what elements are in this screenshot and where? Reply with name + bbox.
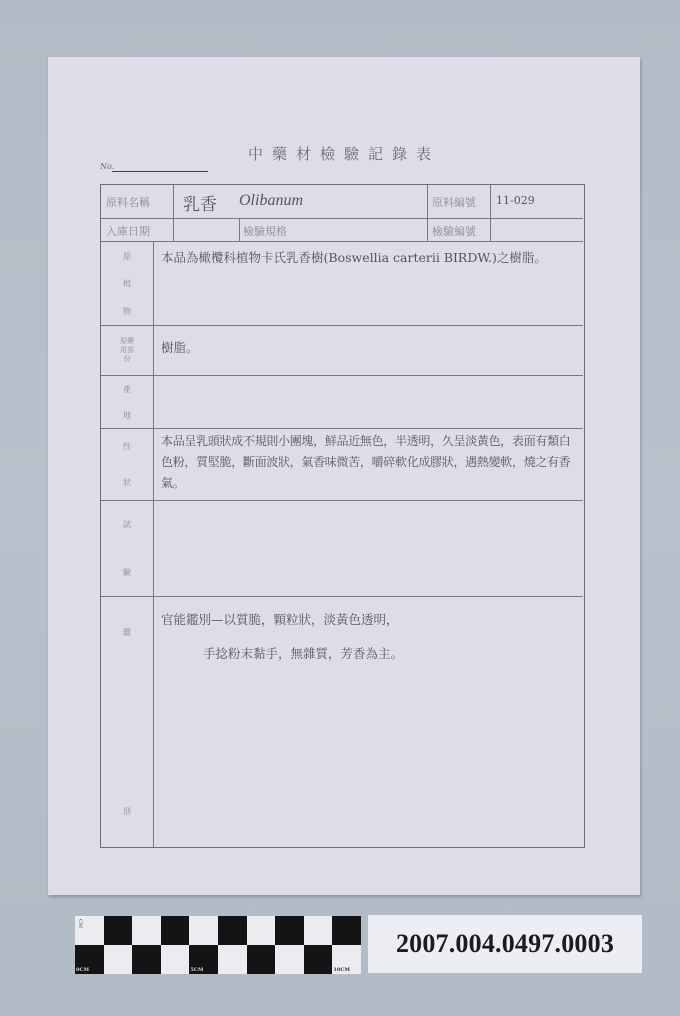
- label-char: 原: [123, 251, 131, 262]
- form-title: 中藥材檢驗記錄表: [48, 143, 640, 164]
- scale-square: 10CM: [332, 945, 361, 974]
- scale-square: [218, 945, 247, 974]
- label-char: 驗: [123, 567, 131, 578]
- divider: [101, 375, 583, 376]
- label-char: 用部: [120, 346, 134, 355]
- divider: [101, 596, 583, 597]
- scale-square: [104, 916, 133, 945]
- scale-square: [161, 945, 190, 974]
- record-table: 原料名稱 乳香 Olibanum 原料編號 11-029 入庫日期 檢驗規格 檢…: [100, 184, 585, 848]
- divider: [101, 500, 583, 501]
- test-number-label: 檢驗編號: [432, 223, 476, 239]
- label-char: 地: [123, 410, 131, 421]
- scale-square: [132, 945, 161, 974]
- material-name-value-cn: 乳香: [183, 190, 217, 215]
- scale-square: 5CM: [189, 945, 218, 974]
- material-code-value: 11-029: [496, 194, 535, 207]
- scale-square: [247, 945, 276, 974]
- divider: [101, 241, 583, 242]
- scale-square: [218, 916, 247, 945]
- form-number-field: [112, 171, 208, 172]
- source-plant-text: 本品為橄欖科植物卡氏乳香樹(Boswellia carterii BIRDW.)…: [161, 247, 581, 269]
- properties-text: 本品呈乳頭狀成不規則小團塊，鮮品近無色，半透明，久呈淡黃色，表面有類白色粉，質堅…: [161, 431, 581, 494]
- medicinal-part-text: 樹脂。: [161, 337, 581, 359]
- scale-unit-label: CM: [77, 919, 83, 928]
- label-char: 別: [123, 806, 131, 817]
- scale-square: [275, 916, 304, 945]
- scale-square: CM: [75, 916, 104, 945]
- divider: [101, 428, 583, 429]
- identification-text-line-2: 手捻粉末黏手，無雜質，芳香為主。: [203, 643, 623, 665]
- scale-square: [304, 945, 333, 974]
- form-number-label: No.: [100, 162, 114, 171]
- row-label-source-plant: 原 植 物: [101, 243, 153, 325]
- measurement-scale-bar: CM 0CM 5CM 10CM: [75, 916, 361, 974]
- label-char: 份: [124, 355, 131, 364]
- scale-square: [189, 916, 218, 945]
- scale-square: [104, 945, 133, 974]
- label-char: 物: [123, 306, 131, 317]
- scale-square: [275, 945, 304, 974]
- divider: [173, 185, 174, 241]
- divider: [239, 219, 240, 241]
- label-char: 性: [123, 441, 131, 452]
- material-name-label: 原料名稱: [106, 194, 150, 210]
- material-code-label: 原料編號: [432, 194, 476, 210]
- scale-square: [332, 916, 361, 945]
- row-label-properties: 性 狀: [101, 429, 153, 500]
- material-name-value-latin: Olibanum: [239, 192, 303, 210]
- label-char: 植: [123, 278, 131, 289]
- label-char: 鑑: [123, 627, 131, 638]
- label-char: 試: [123, 519, 131, 530]
- scale-tick-label: 5CM: [190, 967, 203, 973]
- row-label-test: 試 驗: [101, 501, 153, 596]
- label-char: 產: [123, 384, 131, 395]
- test-spec-label: 檢驗規格: [243, 223, 287, 239]
- divider: [153, 241, 154, 847]
- divider: [101, 325, 583, 326]
- row-label-identification: 鑑 別: [101, 597, 153, 847]
- inspection-form-sheet: 中藥材檢驗記錄表 No. 原料名稱 乳香 Olibanum 原料編號 11-02…: [48, 57, 640, 895]
- receipt-date-label: 入庫日期: [106, 223, 150, 239]
- divider: [490, 185, 491, 241]
- scale-square: 0CM: [75, 945, 104, 974]
- row-label-origin: 產 地: [101, 376, 153, 428]
- scale-tick-label: 0CM: [76, 967, 89, 973]
- scale-square: [304, 916, 333, 945]
- identification-text-line-1: 官能鑑別—以質脆，顆粒狀，淡黃色透明，: [161, 609, 581, 631]
- scale-square: [161, 916, 190, 945]
- label-char: 狀: [123, 477, 131, 488]
- scale-square: [247, 916, 276, 945]
- scale-square: [132, 916, 161, 945]
- label-char: 原藥: [120, 337, 134, 346]
- scale-tick-label: 10CM: [333, 967, 349, 973]
- divider: [427, 185, 428, 241]
- row-label-medicinal-part: 原藥 用部 份: [101, 326, 153, 375]
- accession-number-label: 2007.004.0497.0003: [368, 915, 642, 973]
